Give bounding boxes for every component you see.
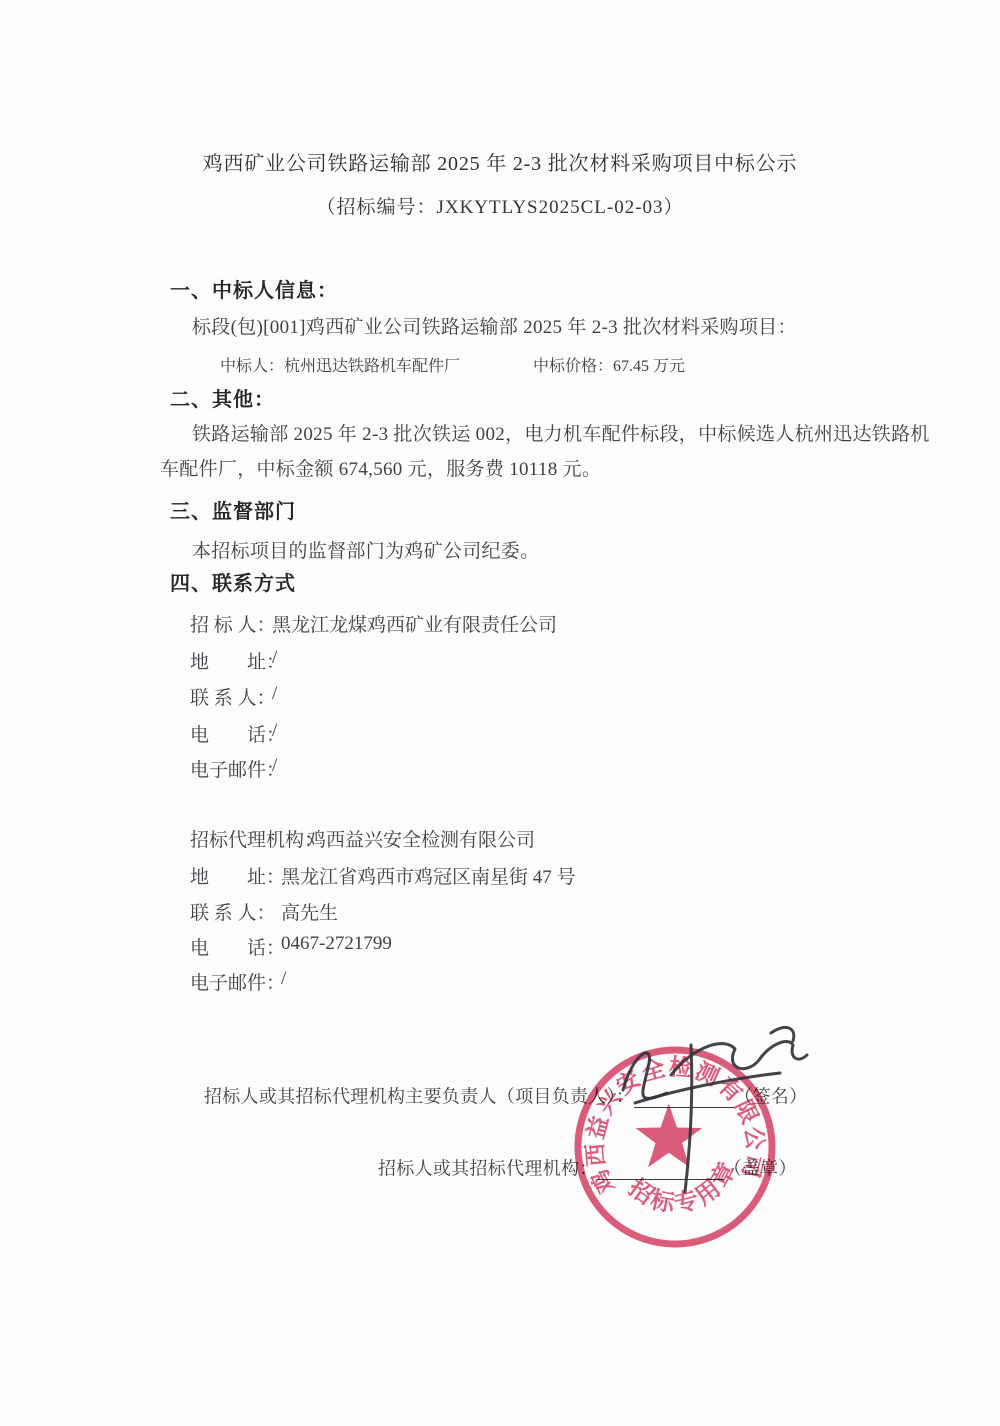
winner-price-group: 中标价格：67.45 万元 [533, 353, 685, 376]
tenderer-row: 电 话： / [0, 720, 1000, 746]
section2-heading: 二、其他： [170, 388, 275, 413]
contact-value: 鸡西益兴安全检测有限公司 [307, 825, 535, 852]
section1-lot-line: 标段(包)[001]鸡西矿业公司铁路运输部 2025 年 2-3 批次材料采购项… [192, 316, 797, 340]
tenderer-row: 地 址： / [0, 647, 1000, 673]
document-title: 鸡西矿业公司铁路运输部 2025 年 2-3 批次材料采购项目中标公示 [0, 152, 1000, 177]
price-value: 67.45 万元 [613, 358, 685, 375]
winner-name-group: 中标人：杭州迅达铁路机车配件厂 [220, 353, 460, 376]
winner-label: 中标人： [220, 358, 284, 375]
contact-label: 地 址： [190, 862, 285, 889]
section3-body: 本招标项目的监督部门为鸡矿公司纪委。 [192, 540, 539, 564]
contact-label: 电子邮件： [190, 755, 285, 782]
tenderer-row: 联 系 人： / [0, 683, 1000, 709]
winner-line: 中标人：杭州迅达铁路机车配件厂 中标价格：67.45 万元 [0, 353, 1000, 379]
contact-label: 地 址： [190, 647, 285, 674]
contact-value: / [272, 720, 277, 742]
contact-value: / [272, 647, 277, 669]
contact-label: 招 标 人： [190, 610, 276, 637]
section4-heading: 四、联系方式 [170, 572, 296, 597]
contact-value: / [272, 755, 277, 777]
tenderer-row: 招 标 人： 黑龙江龙煤鸡西矿业有限责任公司 [0, 610, 1000, 636]
contact-value: 高先生 [281, 898, 338, 925]
section2-paragraph-line2: 车配件厂，中标金额 674,560 元，服务费 10118 元。 [160, 458, 601, 482]
section3-heading: 三、监督部门 [170, 500, 296, 525]
section1-heading: 一、中标人信息： [170, 279, 338, 304]
contact-value: 黑龙江龙煤鸡西矿业有限责任公司 [272, 610, 557, 637]
agency-row: 电 话： 0467-2721799 [0, 933, 1000, 959]
contact-label: 联 系 人： [190, 898, 276, 925]
contact-label: 电 话： [190, 720, 285, 747]
tenderer-row: 电子邮件： / [0, 755, 1000, 781]
agency-row: 招标代理机构： 鸡西益兴安全检测有限公司 [0, 825, 1000, 851]
agency-row: 联 系 人： 高先生 [0, 898, 1000, 924]
handwritten-signature [575, 1015, 825, 1215]
contact-value: 黑龙江省鸡西市鸡冠区南星街 47 号 [281, 862, 576, 889]
agency-row: 地 址： 黑龙江省鸡西市鸡冠区南星街 47 号 [0, 862, 1000, 888]
contact-label: 电子邮件： [190, 968, 285, 995]
contact-label: 电 话： [190, 933, 285, 960]
contact-label: 招标代理机构： [190, 825, 323, 852]
contact-label: 联 系 人： [190, 683, 276, 710]
price-label: 中标价格： [533, 358, 613, 375]
contact-value: / [272, 683, 277, 705]
agency-row: 电子邮件： / [0, 968, 1000, 994]
announcement-document-page: 鸡西矿业公司铁路运输部 2025 年 2-3 批次材料采购项目中标公示 （招标编… [0, 0, 1000, 1426]
tender-number-line: （招标编号：JXKYTLYS2025CL-02-03） [0, 196, 1000, 220]
section2-paragraph-line1: 铁路运输部 2025 年 2-3 批次铁运 002，电力机车配件标段，中标候选人… [192, 423, 930, 447]
winner-name: 杭州迅达铁路机车配件厂 [284, 358, 460, 375]
contact-value: / [281, 968, 286, 990]
contact-value: 0467-2721799 [281, 933, 392, 955]
